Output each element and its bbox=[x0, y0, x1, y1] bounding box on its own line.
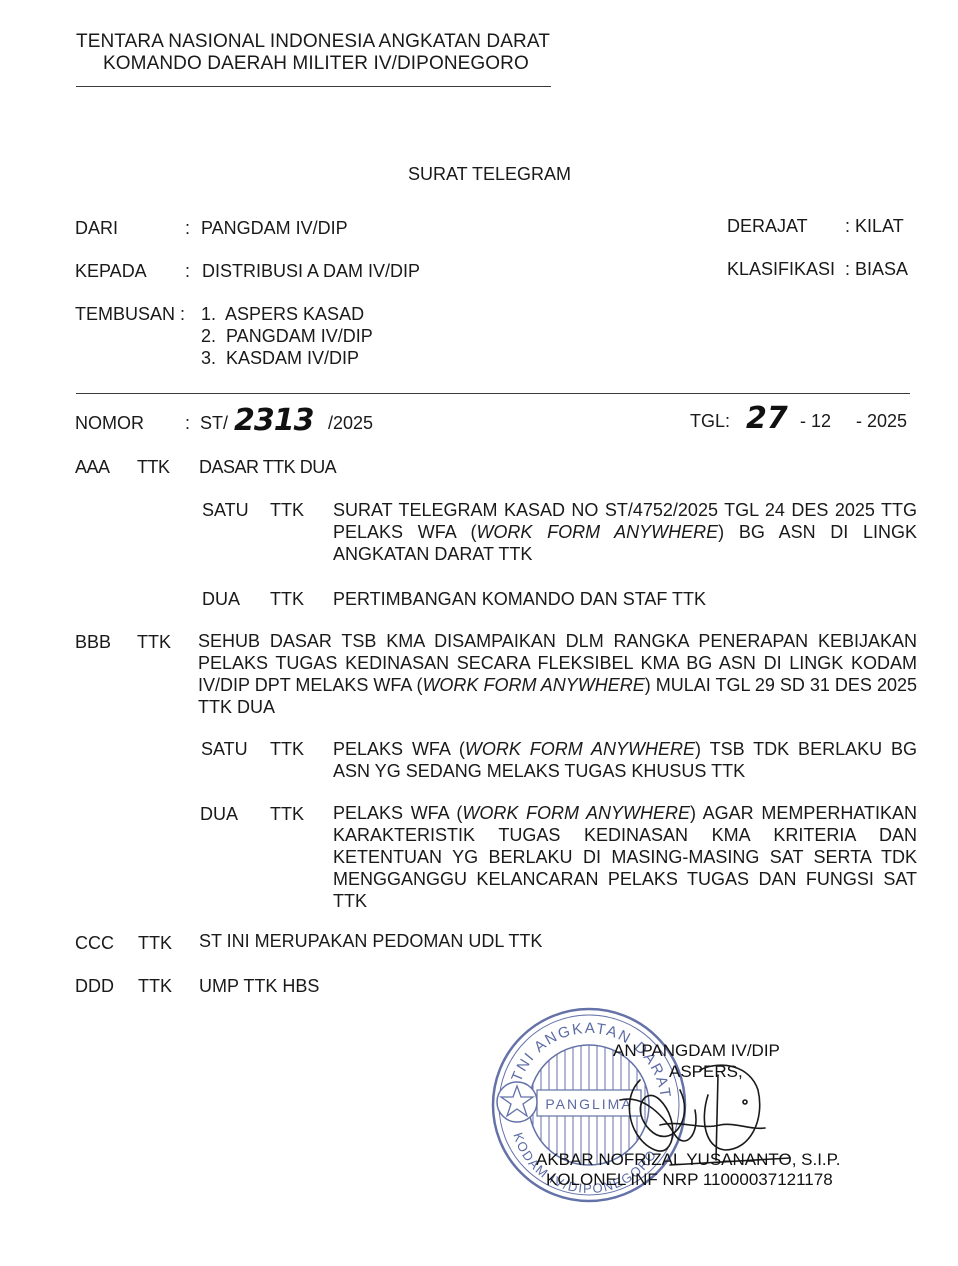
text-run: PELAKS WFA ( bbox=[333, 803, 462, 823]
ccc-key: CCC bbox=[75, 933, 114, 954]
dari-label: DARI bbox=[75, 218, 118, 239]
klasifikasi-label: KLASIFIKASI bbox=[727, 259, 835, 280]
text-run-italic: WORK FORM ANYWHERE bbox=[462, 803, 690, 823]
tembusan-item-3: 3. KASDAM IV/DIP bbox=[201, 348, 359, 369]
bbb-key: BBB bbox=[75, 632, 111, 653]
bbb-ttk: TTK bbox=[137, 632, 171, 653]
bbb-satu-text: PELAKS WFA (WORK FORM ANYWHERE) TSB TDK … bbox=[333, 738, 917, 782]
text-run-italic: WORK FORM ANYWHERE bbox=[422, 675, 644, 695]
nomor-handwritten-number: 2313 bbox=[234, 403, 314, 438]
nomor-prefix: ST/ bbox=[200, 413, 228, 434]
derajat-label: DERAJAT bbox=[727, 216, 808, 237]
bbb-dua-ttk: TTK bbox=[270, 804, 304, 825]
kepada-colon: : bbox=[185, 261, 190, 282]
bbb-satu-ttk: TTK bbox=[270, 739, 304, 760]
tembusan-colon: : bbox=[180, 304, 185, 325]
bbb-dua-text: PELAKS WFA (WORK FORM ANYWHERE) AGAR MEM… bbox=[333, 802, 917, 912]
bbb-satu-key: SATU bbox=[201, 739, 248, 760]
nomor-colon: : bbox=[185, 413, 190, 434]
nomor-label: NOMOR bbox=[75, 413, 144, 434]
nomor-suffix: /2025 bbox=[328, 413, 373, 434]
bbb-text: SEHUB DASAR TSB KMA DISAMPAIKAN DLM RANG… bbox=[198, 630, 917, 718]
ddd-key: DDD bbox=[75, 976, 114, 997]
ddd-ttk: TTK bbox=[138, 976, 172, 997]
tanggal-label: TGL: bbox=[690, 411, 730, 432]
signatory-rank-nrp: KOLONEL INF NRP 11000037121178 bbox=[546, 1170, 833, 1190]
document-title: SURAT TELEGRAM bbox=[408, 164, 571, 185]
text-run-italic: WORK FORM ANYWHERE bbox=[465, 739, 695, 759]
aaa-dua-text: PERTIMBANGAN KOMANDO DAN STAF TTK bbox=[333, 589, 706, 610]
ccc-ttk: TTK bbox=[138, 933, 172, 954]
letterhead-line-1: TENTARA NASIONAL INDONESIA ANGKATAN DARA… bbox=[76, 31, 550, 53]
text-run: PELAKS WFA ( bbox=[333, 739, 465, 759]
tembusan-item-1: 1. ASPERS KASAD bbox=[201, 304, 364, 325]
klasifikasi-value: : BIASA bbox=[845, 259, 908, 280]
dari-colon: : bbox=[185, 218, 190, 239]
bbb-dua-key: DUA bbox=[200, 804, 238, 825]
tanggal-month: - 12 bbox=[800, 411, 831, 432]
aaa-dua-ttk: TTK bbox=[270, 589, 304, 610]
tanggal-handwritten-day: 27 bbox=[746, 401, 788, 436]
ddd-text: UMP TTK HBS bbox=[199, 976, 319, 997]
tembusan-item-2: 2. PANGDAM IV/DIP bbox=[201, 326, 373, 347]
aaa-ttk: TTK bbox=[137, 457, 170, 478]
aaa-dua-key: DUA bbox=[202, 589, 240, 610]
aaa-key: AAA bbox=[75, 457, 110, 478]
aaa-text: DASAR TTK DUA bbox=[199, 457, 336, 478]
kepada-value: DISTRIBUSI A DAM IV/DIP bbox=[202, 261, 420, 282]
aaa-satu-text: SURAT TELEGRAM KASAD NO ST/4752/2025 TGL… bbox=[333, 499, 917, 565]
aaa-satu-ttk: TTK bbox=[270, 500, 304, 521]
ccc-text: ST INI MERUPAKAN PEDOMAN UDL TTK bbox=[199, 931, 542, 952]
signatory-name: AKBAR NOFRIZAL YUSANANTO, S.I.P. bbox=[536, 1150, 841, 1170]
tembusan-label: TEMBUSAN bbox=[75, 304, 175, 325]
text-run-italic: WORK FORM ANYWHERE bbox=[476, 522, 718, 542]
letterhead-divider bbox=[76, 86, 551, 87]
dari-value: PANGDAM IV/DIP bbox=[201, 218, 348, 239]
letterhead-line-2: KOMANDO DAERAH MILITER IV/DIPONEGORO bbox=[103, 53, 529, 75]
kepada-label: KEPADA bbox=[75, 261, 147, 282]
derajat-value: : KILAT bbox=[845, 216, 904, 237]
header-divider bbox=[76, 393, 910, 394]
tanggal-year: - 2025 bbox=[856, 411, 907, 432]
aaa-satu-key: SATU bbox=[202, 500, 249, 521]
